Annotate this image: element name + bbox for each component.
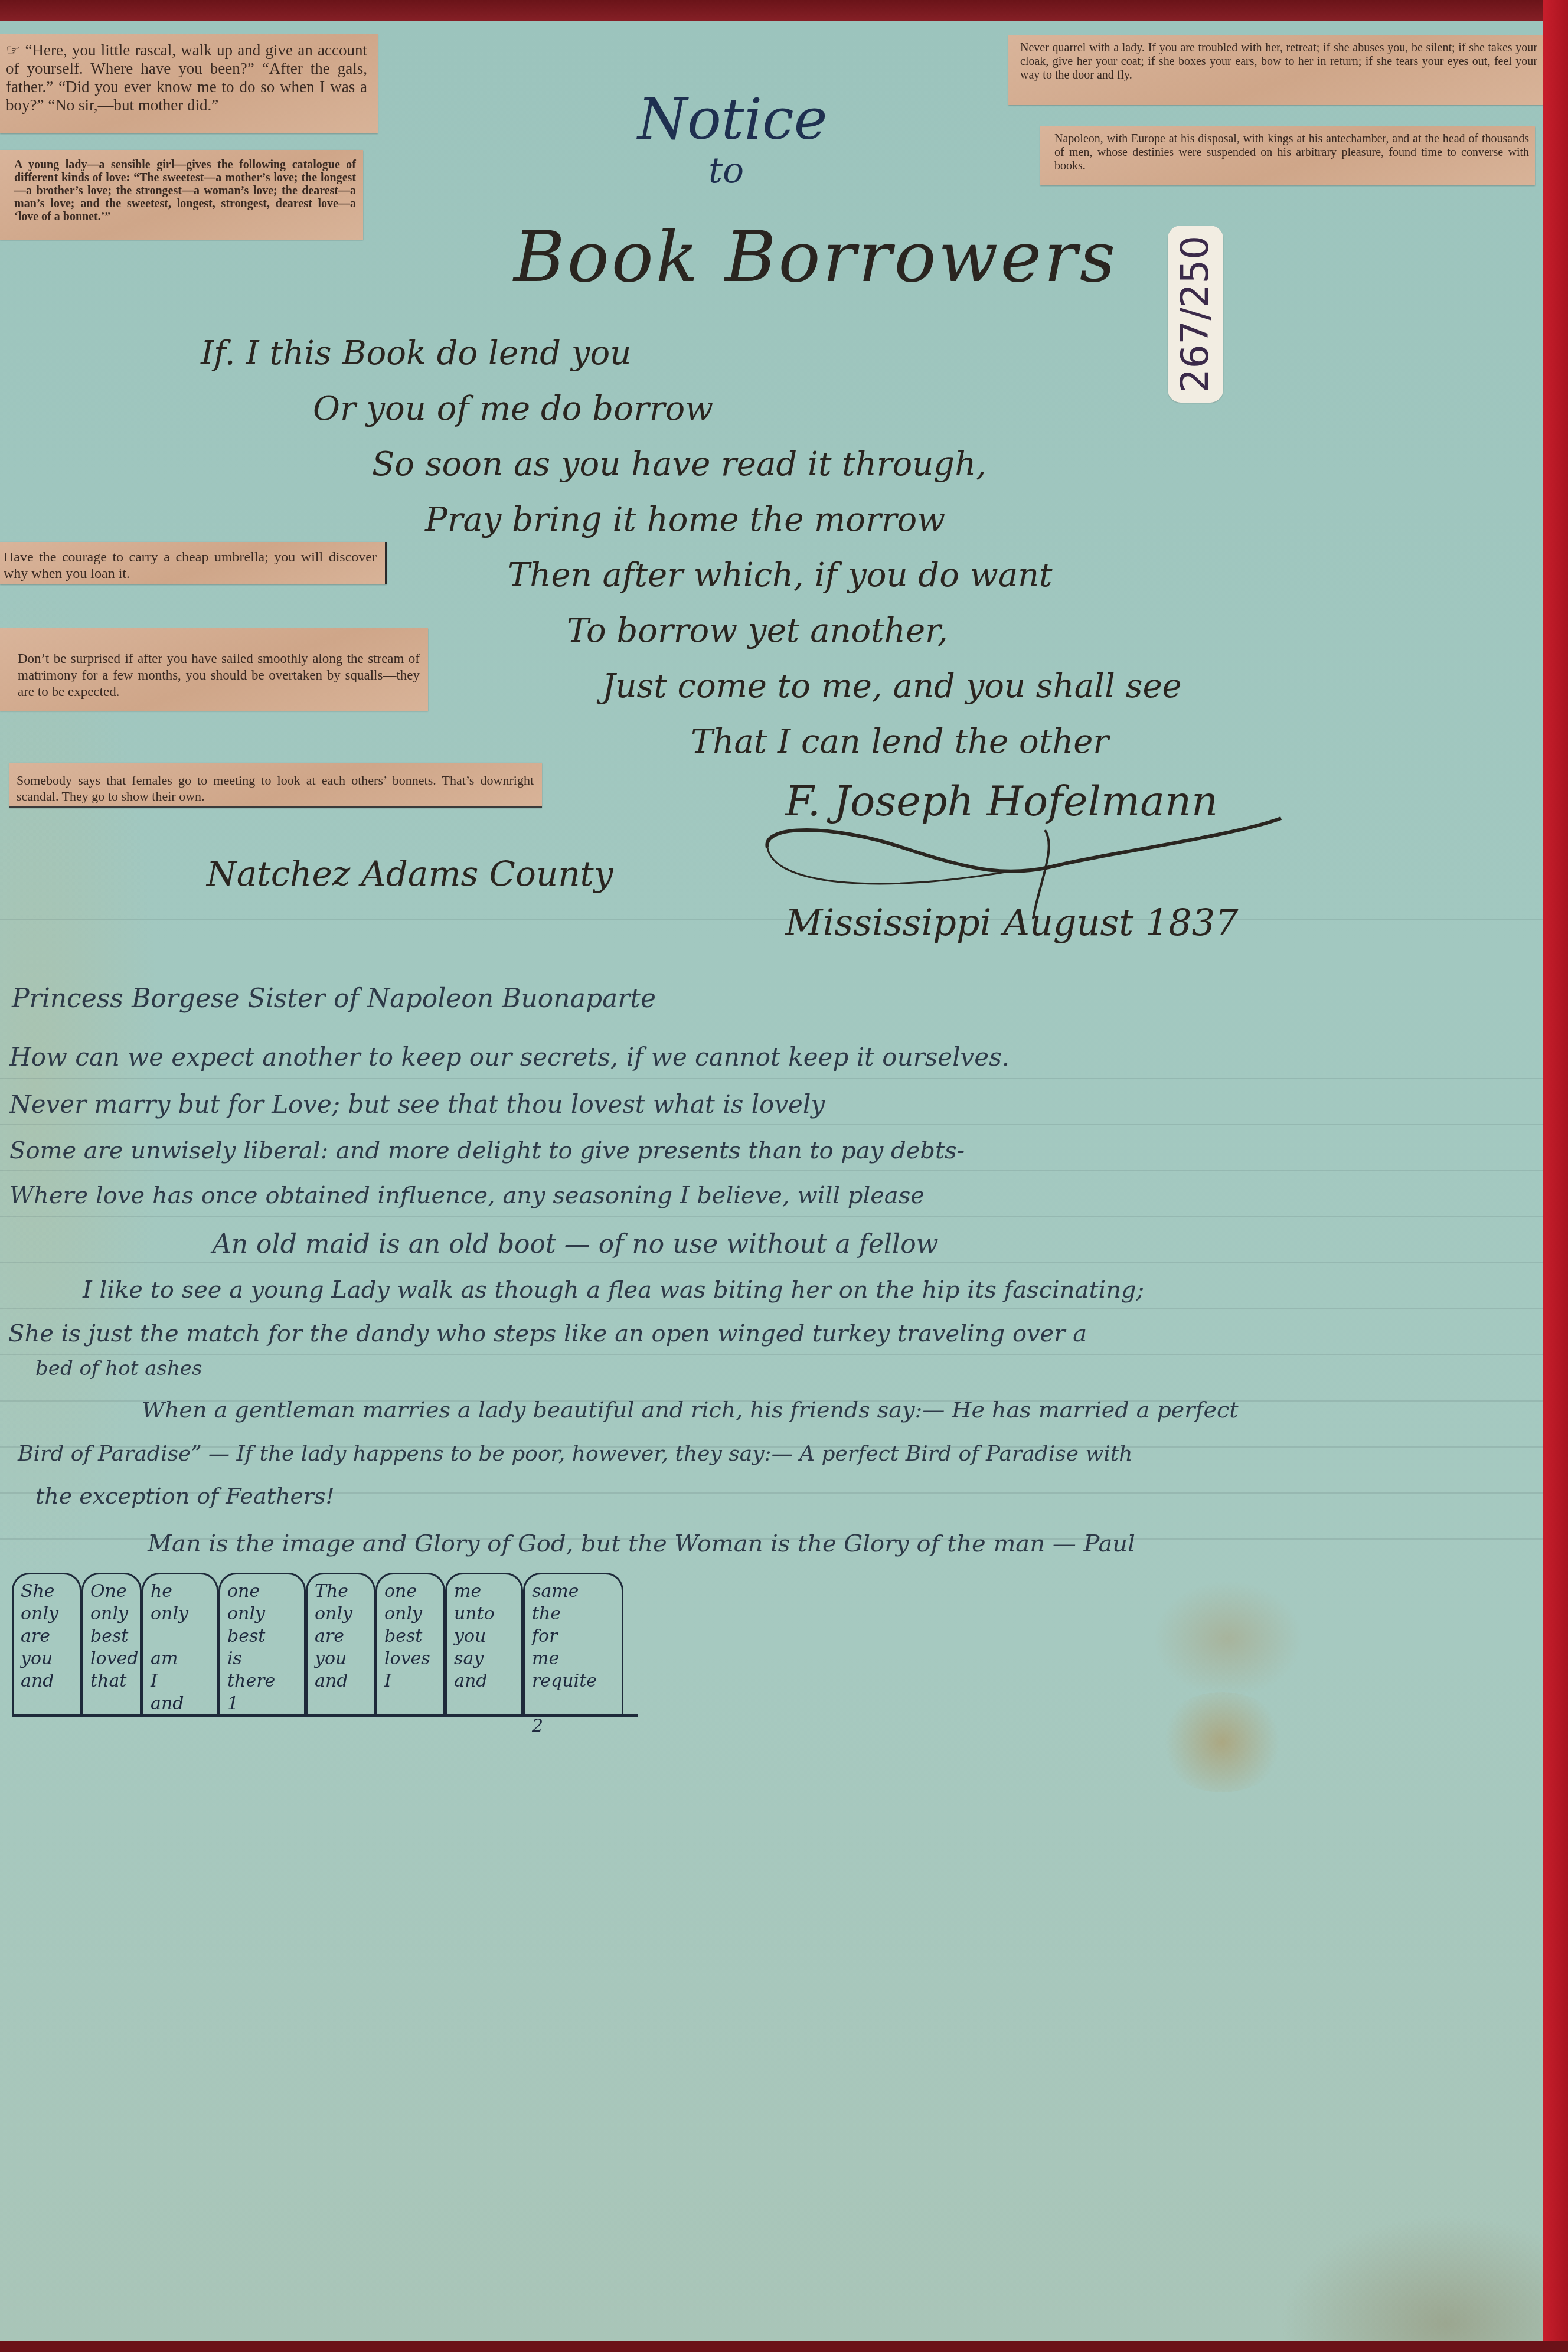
puzzle-column: one only best loves I (375, 1573, 445, 1717)
title-to: to (708, 150, 744, 191)
clipping-umbrella: Have the courage to carry a cheap umbrel… (0, 542, 387, 584)
puzzle-baseline (12, 1714, 638, 1717)
poem-line: To borrow yet another, (567, 612, 948, 650)
ruled-line (0, 1216, 1543, 1217)
ruled-line (0, 1354, 1543, 1355)
saying-line: Where love has once obtained influence, … (9, 1182, 925, 1209)
poem-line: That I can lend the other (691, 723, 1109, 761)
saying-line: Never marry but for Love; but see that t… (9, 1090, 825, 1119)
ruled-line (0, 1262, 1543, 1263)
clipping-matrimony: Don’t be surprised if after you have sai… (0, 628, 428, 711)
ruled-line (0, 1170, 1543, 1171)
title-book-borrowers: Book Borrowers (514, 216, 1118, 298)
puzzle-column: same the for me requite 2 (523, 1573, 623, 1717)
ruled-line (0, 1124, 1543, 1125)
puzzle-column: The only are you and (306, 1573, 375, 1717)
poem-line: Pray bring it home the morrow (425, 501, 945, 539)
title-notice: Notice (638, 86, 828, 152)
puzzle-column: he only am I and (142, 1573, 218, 1717)
clipping-napoleon: Napoleon, with Europe at his disposal, w… (1040, 126, 1535, 185)
clipping-bonnets: Somebody says that females go to meeting… (9, 763, 542, 808)
frame-right (1543, 0, 1568, 2352)
saying-line: bed of hot ashes (35, 1357, 202, 1380)
puzzle-column: One only best loved that (81, 1573, 142, 1717)
saying-line: Bird of Paradise” — If the lady happens … (18, 1442, 1132, 1466)
saying-line: the exception of Feathers! (35, 1483, 335, 1509)
poem-line: So soon as you have read it through, (372, 445, 986, 484)
word-puzzle: She only are you and One only best loved… (12, 1562, 638, 1721)
saying-line: When a gentleman marries a lady beautifu… (142, 1397, 1239, 1423)
clipping-quarrel: Never quarrel with a lady. If you are tr… (1008, 35, 1543, 105)
saying-line: She is just the match for the dandy who … (8, 1320, 1087, 1347)
puzzle-column: me unto you say and (445, 1573, 523, 1717)
clipping-rascal: ☞ “Here, you little rascal, walk up and … (0, 34, 378, 133)
saying-line: I like to see a young Lady walk as thoug… (83, 1276, 1144, 1304)
scrapbook-page: ☞ “Here, you little rascal, walk up and … (0, 21, 1543, 2341)
saying-line: Man is the image and Glory of God, but t… (148, 1530, 1135, 1557)
water-stain (1157, 1692, 1287, 1792)
puzzle-column: She only are you and (12, 1573, 81, 1717)
inventory-tag: 267/250 (1168, 226, 1223, 403)
ruled-line (0, 1308, 1543, 1309)
poem-line: Or you of me do borrow (313, 390, 713, 428)
ruled-line (0, 1078, 1543, 1079)
poem-line: Then after which, if you do want (508, 556, 1053, 594)
puzzle-column: one only best is there 1 (218, 1573, 306, 1717)
place-date: Mississippi August 1837 (785, 901, 1239, 944)
saying-line: How can we expect another to keep our se… (9, 1043, 1010, 1072)
poem-line: If. I this Book do lend you (201, 334, 631, 373)
saying-line: Some are unwisely liberal: and more deli… (9, 1137, 965, 1164)
attribution-heading: Princess Borgese Sister of Napoleon Buon… (12, 984, 656, 1014)
poem-line: Just come to me, and you shall see (602, 667, 1182, 705)
frame-bottom (0, 2341, 1568, 2352)
inventory-number: 267/250 (1174, 236, 1217, 393)
clipping-love-catalogue: A young lady—a sensible girl—gives the f… (0, 150, 363, 240)
saying-line: An old maid is an old boot — of no use w… (213, 1229, 938, 1259)
place-county: Natchez Adams County (207, 854, 613, 894)
